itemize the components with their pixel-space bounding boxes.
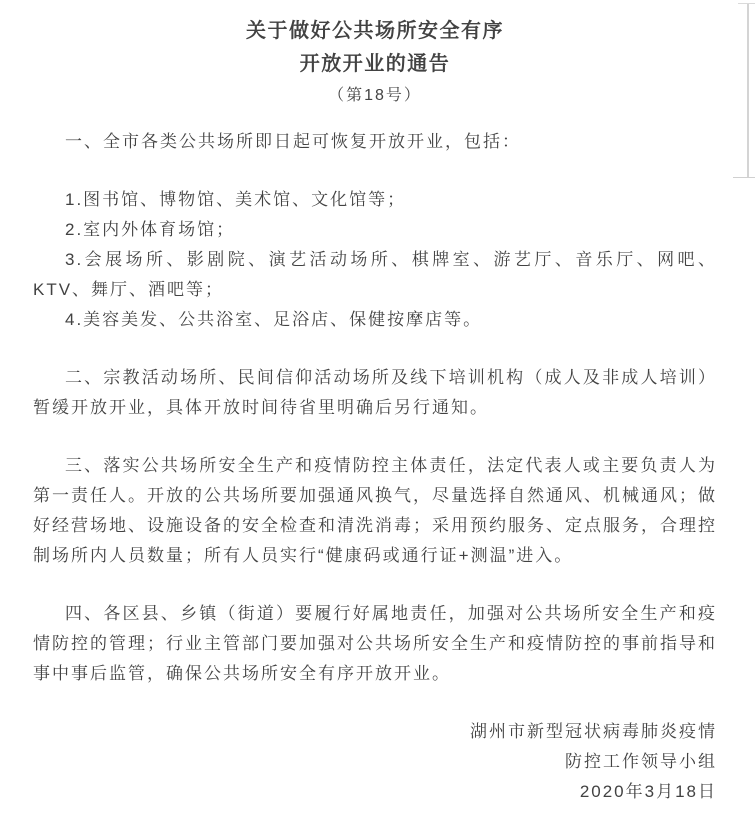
- paragraph: 二、宗教活动场所、民间信仰活动场所及线下培训机构（成人及非成人培训）暂缓开放开业…: [33, 363, 717, 423]
- paragraph: 一、全市各类公共场所即日起可恢复开放开业，包括：: [33, 127, 717, 157]
- list-block: 1.图书馆、博物馆、美术馆、文化馆等；2.室内外体育场馆；3.会展场所、影剧院、…: [33, 185, 717, 335]
- text-line: 四、各区县、乡镇（街道）要履行好属地责任，加强对公共场所安全生产和疫: [33, 599, 717, 629]
- text-line: 好经营场地、设施设备的安全检查和清洗消毒；采用预约服务、定点服务，合理控: [33, 511, 717, 541]
- paragraph: 三、落实公共场所安全生产和疫情防控主体责任，法定代表人或主要负责人为第一责任人。…: [33, 451, 717, 571]
- text-line: 一、全市各类公共场所即日起可恢复开放开业，包括：: [33, 127, 717, 157]
- text-line: KTV、舞厅、酒吧等；: [33, 275, 717, 305]
- notice-document: 关于做好公共场所安全有序 开放开业的通告 （第18号） 一、全市各类公共场所即日…: [0, 0, 755, 807]
- text-line: 二、宗教活动场所、民间信仰活动场所及线下培训机构（成人及非成人培训）: [33, 363, 717, 393]
- text-line: 2.室内外体育场馆；: [33, 215, 717, 245]
- text-line: 2020年3月18日: [33, 777, 717, 807]
- notice-page: { "colors": { "background": "#ffffff", "…: [0, 0, 755, 815]
- scrollbar-track-mark-top: [738, 3, 755, 4]
- notice-title-line-1: 关于做好公共场所安全有序: [33, 15, 717, 48]
- paragraph: 四、各区县、乡镇（街道）要履行好属地责任，加强对公共场所安全生产和疫情防控的管理…: [33, 599, 717, 689]
- scrollbar-thumb[interactable]: [747, 3, 749, 178]
- text-line: 情防控的管理；行业主管部门要加强对公共场所安全生产和疫情防控的事前指导和: [33, 629, 717, 659]
- text-line: 湖州市新型冠状病毒肺炎疫情: [33, 717, 717, 747]
- text-line: 制场所内人员数量；所有人员实行“健康码或通行证+测温”进入。: [33, 541, 717, 571]
- text-line: 第一责任人。开放的公共场所要加强通风换气，尽量选择自然通风、机械通风；做: [33, 481, 717, 511]
- text-line: 4.美容美发、公共浴室、足浴店、保健按摩店等。: [33, 305, 717, 335]
- text-line: 暂缓开放开业，具体开放时间待省里明确后另行通知。: [33, 393, 717, 423]
- text-line: 防控工作领导小组: [33, 747, 717, 777]
- text-line: 1.图书馆、博物馆、美术馆、文化馆等；: [33, 185, 717, 215]
- notice-body: 一、全市各类公共场所即日起可恢复开放开业，包括：1.图书馆、博物馆、美术馆、文化…: [33, 127, 717, 689]
- scrollbar-track-mark-bottom: [733, 177, 755, 178]
- text-line: 3.会展场所、影剧院、演艺活动场所、棋牌室、游艺厅、音乐厅、网吧、: [33, 245, 717, 275]
- text-line: 三、落实公共场所安全生产和疫情防控主体责任，法定代表人或主要负责人为: [33, 451, 717, 481]
- notice-number: （第18号）: [33, 81, 717, 111]
- text-line: 事中事后监管，确保公共场所安全有序开放开业。: [33, 659, 717, 689]
- notice-title-line-2: 开放开业的通告: [33, 48, 717, 81]
- signature-block: 湖州市新型冠状病毒肺炎疫情防控工作领导小组2020年3月18日: [33, 717, 717, 807]
